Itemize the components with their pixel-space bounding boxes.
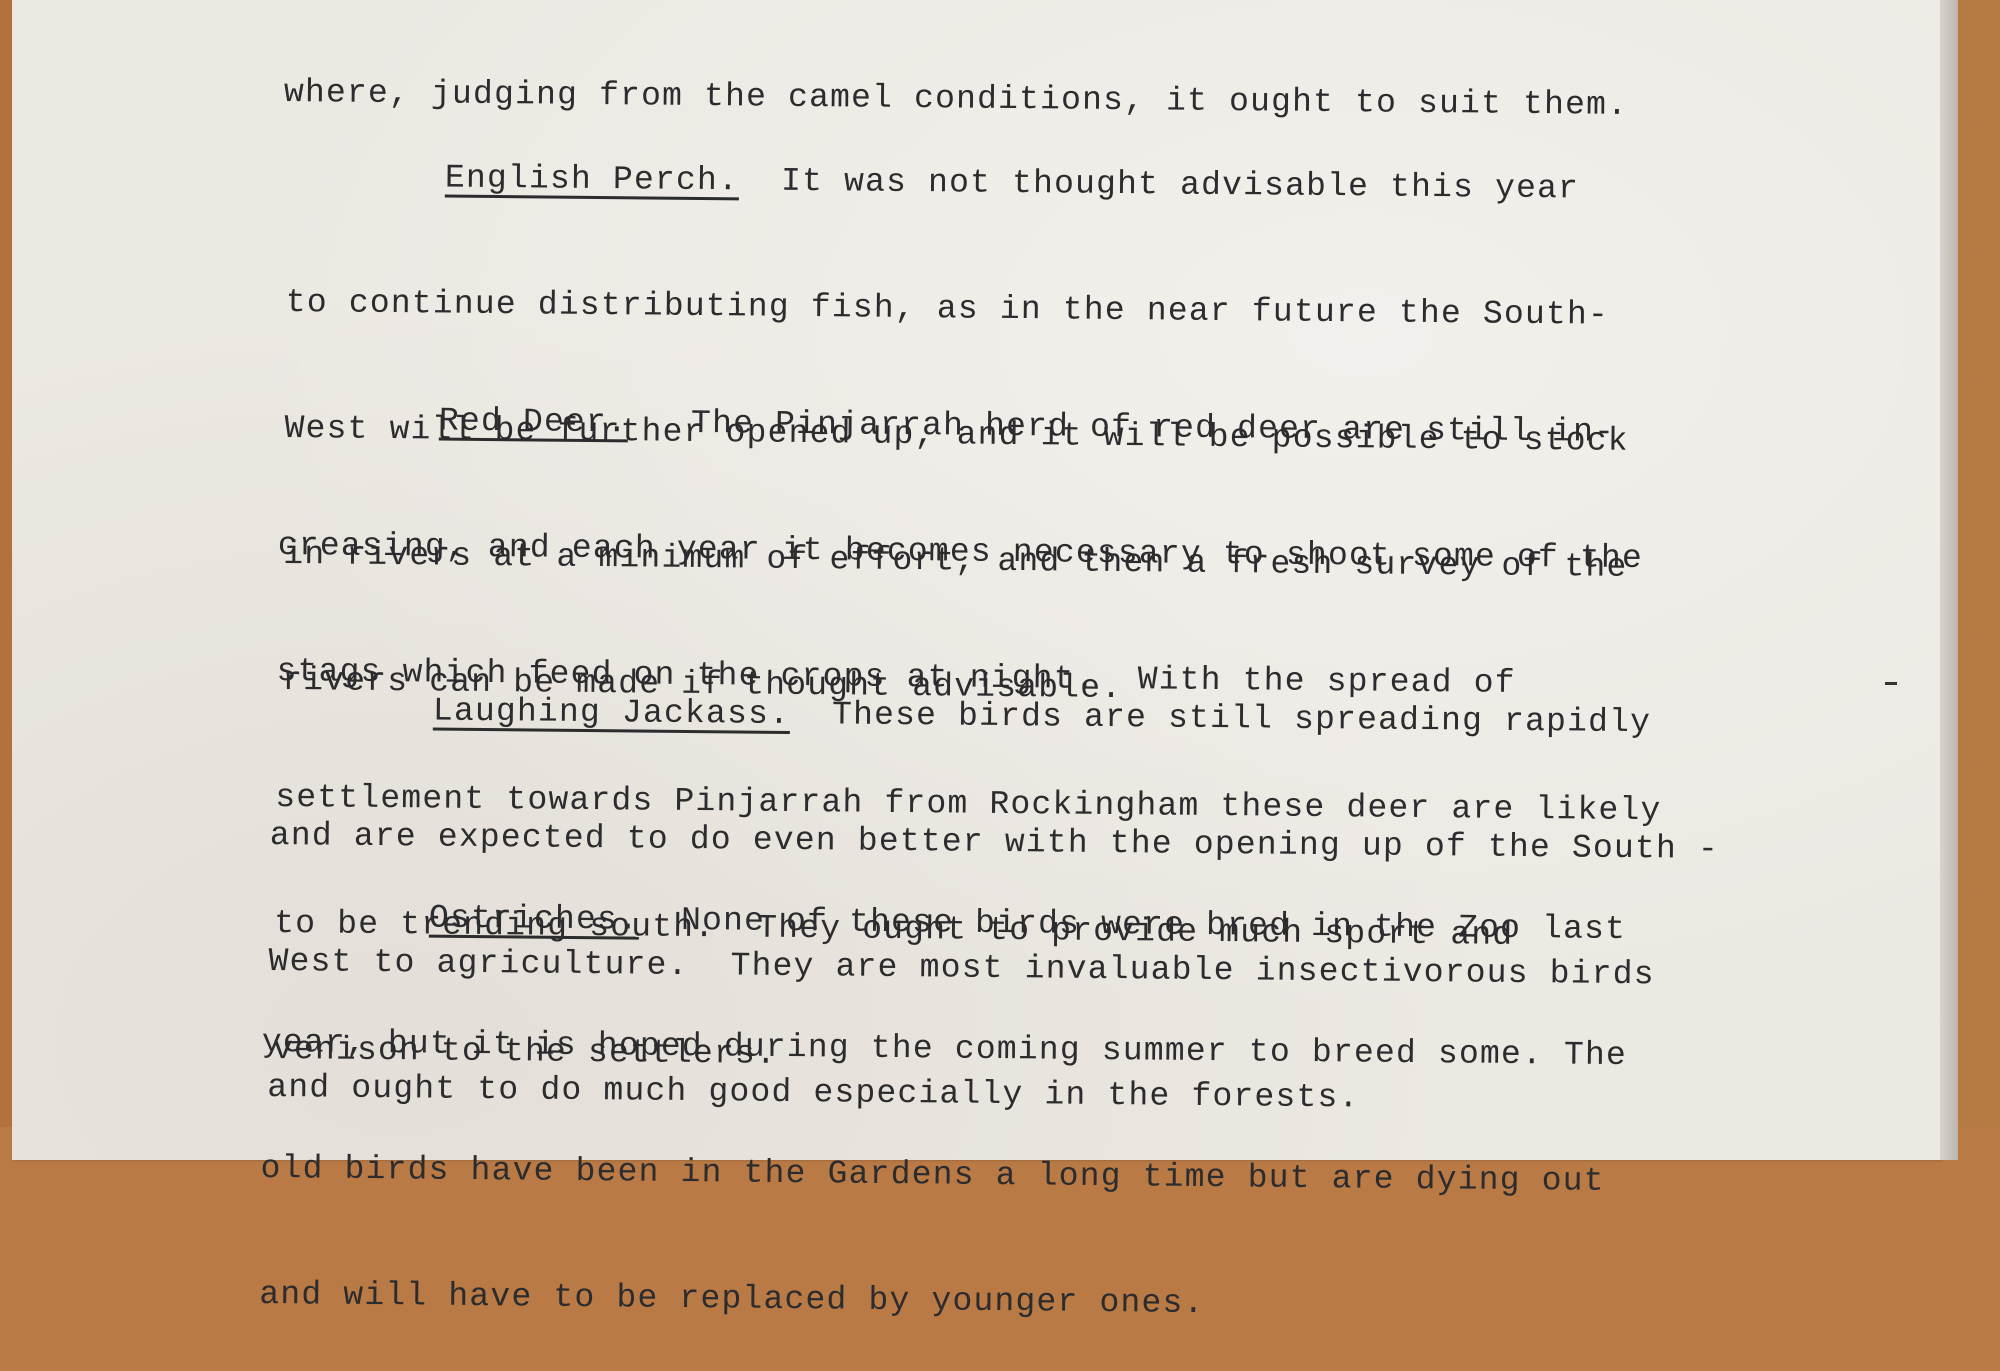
section-lead: None of these birds were bred in the Zoo… [639, 902, 1626, 948]
section-first-line: Ostriches. None of these birds were bred… [263, 896, 1629, 951]
section-lead: The Pinjarrah herd of red deer are still… [628, 404, 1615, 450]
section-heading: Red Deer. [439, 403, 628, 442]
section-heading: English Perch. [445, 160, 739, 200]
section-first-line: Laughing Jackass. These birds are still … [271, 689, 1721, 745]
page-edge [1940, 0, 1958, 1127]
margin-dash-mark [1885, 682, 1897, 685]
text-line: year, but it is hoped during the coming … [262, 1022, 1628, 1077]
text-line: creasing, and each year it becomes neces… [278, 525, 1665, 580]
section-heading: Ostriches. [429, 900, 639, 939]
section-lead: It was not thought advisable this year [739, 162, 1579, 207]
section-heading: Laughing Jackass. [433, 693, 790, 733]
section-lead: These birds are still spreading rapidly [790, 696, 1651, 741]
section-first-line: English Perch. It was not thought advisa… [287, 156, 1632, 211]
section-first-line: Red Deer. The Pinjarrah herd of red deer… [279, 399, 1666, 454]
section-ostriches: Ostriches. None of these birds were bred… [259, 812, 1629, 1127]
